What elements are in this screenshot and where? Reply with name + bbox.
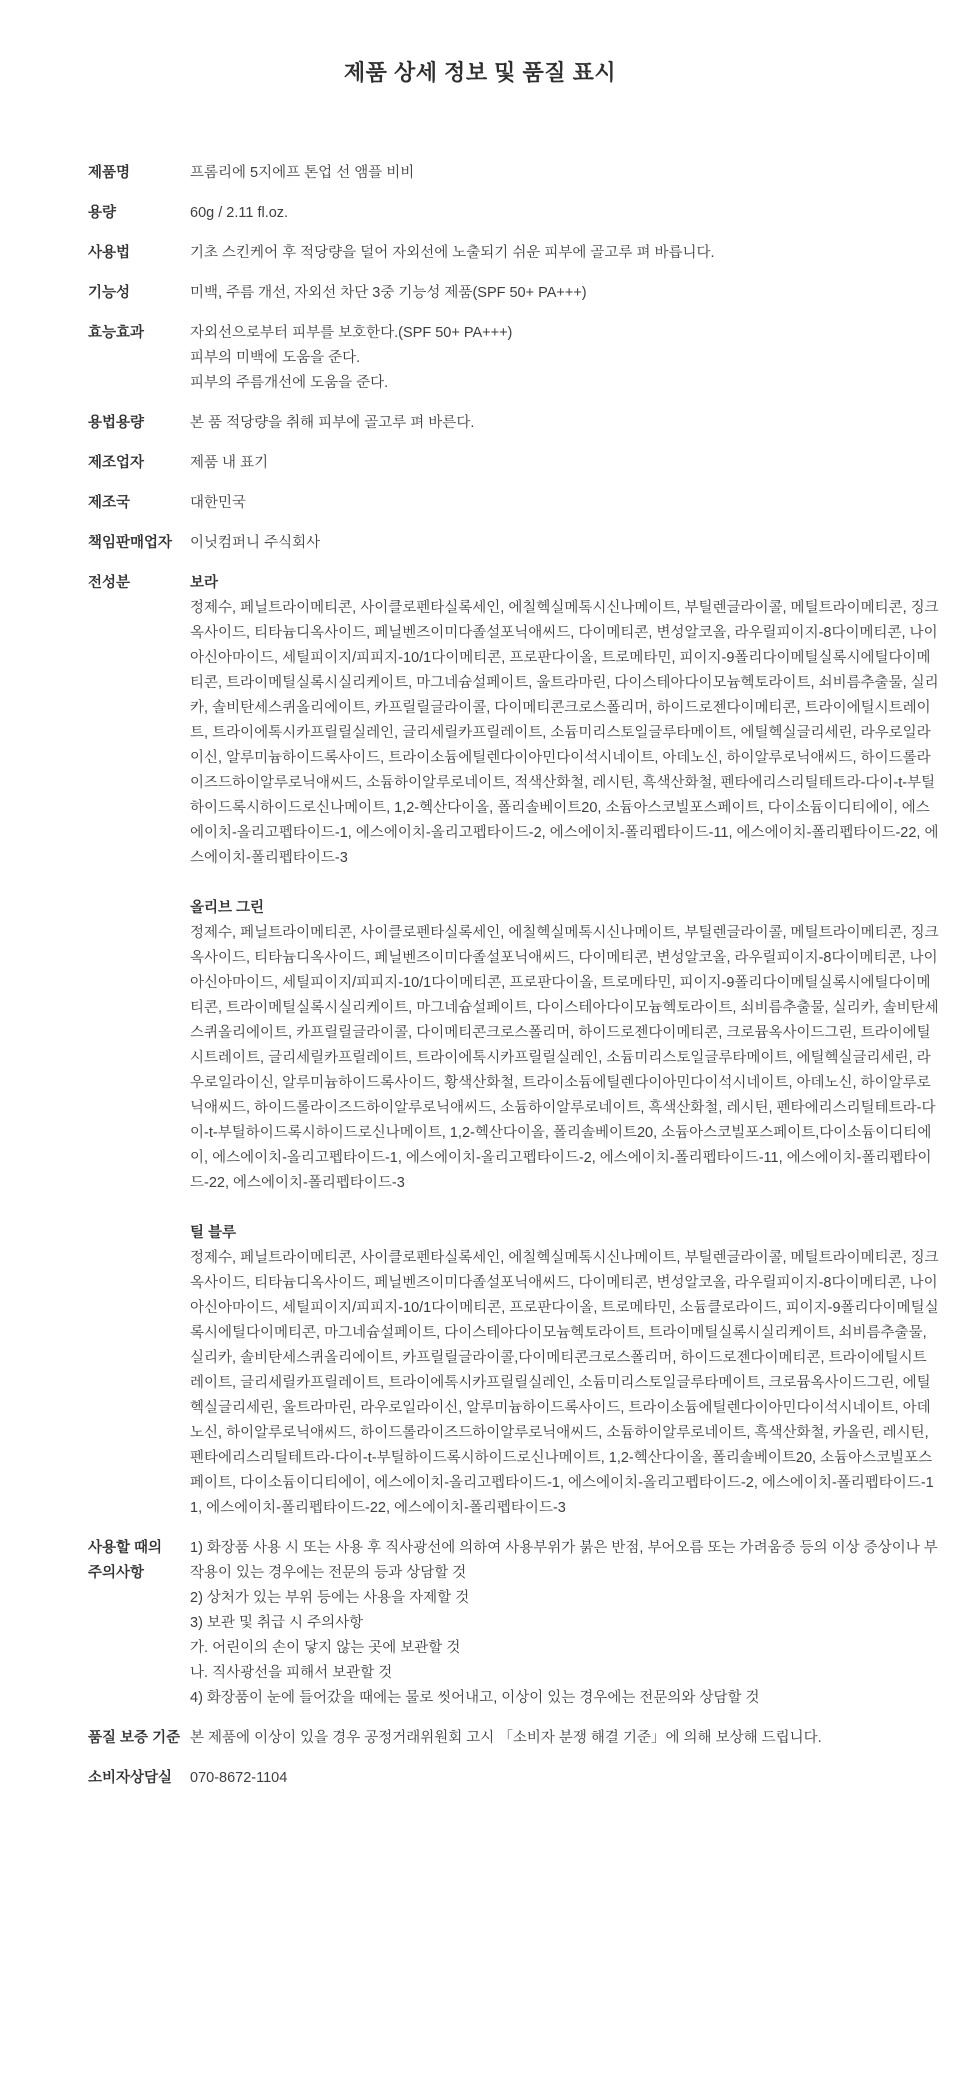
row-label: 품질 보증 기준	[88, 1726, 190, 1751]
value-text: 미백, 주름 개선, 자외선 차단 3중 기능성 제품(SPF 50+ PA++…	[190, 281, 940, 306]
value-text: 프롬리에 5지에프 톤업 선 앰플 비비	[190, 161, 940, 186]
row-label: 제조국	[88, 491, 190, 516]
row-value: 대한민국	[190, 491, 940, 516]
value-text: 자외선으로부터 피부를 보호한다.(SPF 50+ PA+++)	[190, 321, 940, 346]
value-text: 4) 화장품이 눈에 들어갔을 때에는 물로 씻어내고, 이상이 있는 경우에는…	[190, 1686, 940, 1711]
table-row: 소비자상담실 070-8672-1104	[88, 1766, 940, 1791]
row-value: 60g / 2.11 fl.oz.	[190, 201, 940, 226]
row-label: 사용할 때의 주의사항	[88, 1536, 190, 1586]
value-text: 피부의 주름개선에 도움을 준다.	[190, 371, 940, 396]
row-label: 용량	[88, 201, 190, 226]
row-value: 자외선으로부터 피부를 보호한다.(SPF 50+ PA+++)피부의 미백에 …	[190, 321, 940, 396]
value-text: 기초 스킨케어 후 적당량을 덜어 자외선에 노출되기 쉬운 피부에 골고루 펴…	[190, 241, 940, 266]
value-text: 정제수, 페닐트라이메티콘, 사이클로펜타실록세인, 에칠헥실메톡시신나메이트,…	[190, 1246, 940, 1521]
value-text: 정제수, 페닐트라이메티콘, 사이클로펜타실록세인, 에칠헥실메톡시신나메이트,…	[190, 921, 940, 1196]
row-label: 소비자상담실	[88, 1766, 190, 1791]
row-value: 보라정제수, 페닐트라이메티콘, 사이클로펜타실록세인, 에칠헥실메톡시신나메이…	[190, 571, 940, 1521]
table-row: 전성분 보라정제수, 페닐트라이메티콘, 사이클로펜타실록세인, 에칠헥실메톡시…	[88, 571, 940, 1521]
row-label: 효능효과	[88, 321, 190, 346]
value-text: 2) 상처가 있는 부위 등에는 사용을 자제할 것	[190, 1586, 940, 1611]
row-value: 070-8672-1104	[190, 1766, 940, 1791]
value-text: 정제수, 페닐트라이메티콘, 사이클로펜타실록세인, 에칠헥실메톡시신나메이트,…	[190, 596, 940, 871]
page-title: 제품 상세 정보 및 품질 표시	[0, 0, 960, 87]
ingredient-group-heading: 보라	[190, 571, 940, 596]
value-text: 1) 화장품 사용 시 또는 사용 후 직사광선에 의하여 사용부위가 붉은 반…	[190, 1536, 940, 1586]
value-text: 3) 보관 및 취급 시 주의사항	[190, 1611, 940, 1636]
ingredient-group-heading: 틸 블루	[190, 1221, 940, 1246]
value-text: 대한민국	[190, 491, 940, 516]
value-text: 이닛컴퍼니 주식회사	[190, 531, 940, 556]
table-row: 기능성 미백, 주름 개선, 자외선 차단 3중 기능성 제품(SPF 50+ …	[88, 281, 940, 306]
value-text: 제품 내 표기	[190, 451, 940, 476]
row-label: 제품명	[88, 161, 190, 186]
row-value: 미백, 주름 개선, 자외선 차단 3중 기능성 제품(SPF 50+ PA++…	[190, 281, 940, 306]
info-table: 제품명 프롬리에 5지에프 톤업 선 앰플 비비 용량 60g / 2.11 f…	[0, 161, 960, 1876]
table-row: 책임판매업자 이닛컴퍼니 주식회사	[88, 531, 940, 556]
value-text: 가. 어린이의 손이 닿지 않는 곳에 보관할 것	[190, 1636, 940, 1661]
value-text: 본 품 적당량을 취해 피부에 골고루 펴 바른다.	[190, 411, 940, 436]
row-label: 제조업자	[88, 451, 190, 476]
row-label: 기능성	[88, 281, 190, 306]
row-label: 전성분	[88, 571, 190, 596]
row-value: 본 제품에 이상이 있을 경우 공정거래위원회 고시 「소비자 분쟁 해결 기준…	[190, 1726, 940, 1751]
table-row: 품질 보증 기준 본 제품에 이상이 있을 경우 공정거래위원회 고시 「소비자…	[88, 1726, 940, 1751]
row-value: 기초 스킨케어 후 적당량을 덜어 자외선에 노출되기 쉬운 피부에 골고루 펴…	[190, 241, 940, 266]
value-text: 070-8672-1104	[190, 1766, 940, 1791]
table-row: 사용할 때의 주의사항 1) 화장품 사용 시 또는 사용 후 직사광선에 의하…	[88, 1536, 940, 1711]
table-row: 효능효과 자외선으로부터 피부를 보호한다.(SPF 50+ PA+++)피부의…	[88, 321, 940, 396]
row-value: 본 품 적당량을 취해 피부에 골고루 펴 바른다.	[190, 411, 940, 436]
value-text: 나. 직사광선을 피해서 보관할 것	[190, 1661, 940, 1686]
table-row: 사용법 기초 스킨케어 후 적당량을 덜어 자외선에 노출되기 쉬운 피부에 골…	[88, 241, 940, 266]
table-row: 제품명 프롬리에 5지에프 톤업 선 앰플 비비	[88, 161, 940, 186]
row-value: 제품 내 표기	[190, 451, 940, 476]
row-value: 이닛컴퍼니 주식회사	[190, 531, 940, 556]
value-text: 피부의 미백에 도움을 준다.	[190, 346, 940, 371]
value-text: 60g / 2.11 fl.oz.	[190, 201, 940, 226]
row-label: 사용법	[88, 241, 190, 266]
value-text: 본 제품에 이상이 있을 경우 공정거래위원회 고시 「소비자 분쟁 해결 기준…	[190, 1726, 940, 1751]
ingredient-group-heading: 올리브 그린	[190, 896, 940, 921]
table-row: 용법용량 본 품 적당량을 취해 피부에 골고루 펴 바른다.	[88, 411, 940, 436]
table-row: 제조업자 제품 내 표기	[88, 451, 940, 476]
row-label: 책임판매업자	[88, 531, 190, 556]
row-label: 용법용량	[88, 411, 190, 436]
row-value: 1) 화장품 사용 시 또는 사용 후 직사광선에 의하여 사용부위가 붉은 반…	[190, 1536, 940, 1711]
table-row: 제조국 대한민국	[88, 491, 940, 516]
row-value: 프롬리에 5지에프 톤업 선 앰플 비비	[190, 161, 940, 186]
table-row: 용량 60g / 2.11 fl.oz.	[88, 201, 940, 226]
